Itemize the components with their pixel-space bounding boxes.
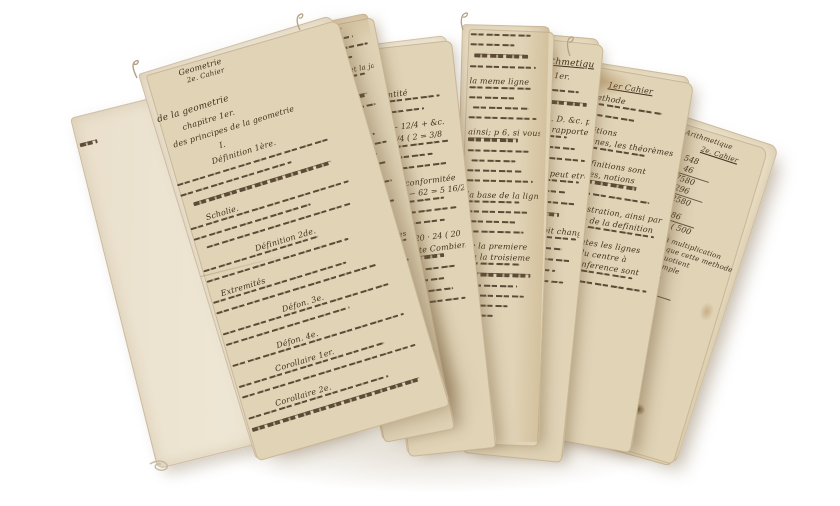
binding-thread bbox=[128, 58, 146, 84]
binding-wire-loop bbox=[148, 458, 170, 480]
handwriting-scribble-line bbox=[471, 159, 516, 162]
handwriting-scribble-line bbox=[470, 43, 514, 46]
handwriting-scribble-line bbox=[472, 106, 529, 109]
scribble-block bbox=[467, 137, 540, 183]
handwriting-scribble-line bbox=[471, 33, 532, 37]
scribble-block bbox=[469, 86, 542, 120]
scribble-block bbox=[466, 200, 539, 234]
handwriting-scribble-line bbox=[469, 220, 516, 223]
binding-thread bbox=[562, 34, 578, 62]
handwriting-scribble-line bbox=[467, 169, 522, 172]
handwriting-scribble-line bbox=[79, 139, 98, 147]
handwriting-scribble-line bbox=[469, 86, 532, 90]
handwriting-scribble-line bbox=[474, 53, 529, 58]
binding-thread bbox=[456, 10, 472, 36]
handwriting-scribble-line bbox=[466, 210, 529, 214]
scribble-block bbox=[470, 33, 543, 69]
handwriting-scribble-line bbox=[469, 116, 537, 120]
handwriting-scribble-line bbox=[468, 149, 529, 153]
binding-thread bbox=[292, 12, 308, 36]
handwriting-scribble-line bbox=[467, 179, 533, 183]
scribble-block bbox=[79, 137, 107, 156]
handwriting-scribble-line bbox=[466, 230, 524, 234]
handwriting-scribble-line bbox=[470, 65, 536, 69]
handwriting-scribble-line bbox=[468, 137, 518, 142]
photograph-of-manuscripts: Arithmetique 2e. Cahier 548 46 7580 296 … bbox=[0, 0, 840, 506]
handwriting-scribble-line bbox=[466, 200, 519, 203]
handwriting-scribble-line bbox=[469, 96, 515, 99]
